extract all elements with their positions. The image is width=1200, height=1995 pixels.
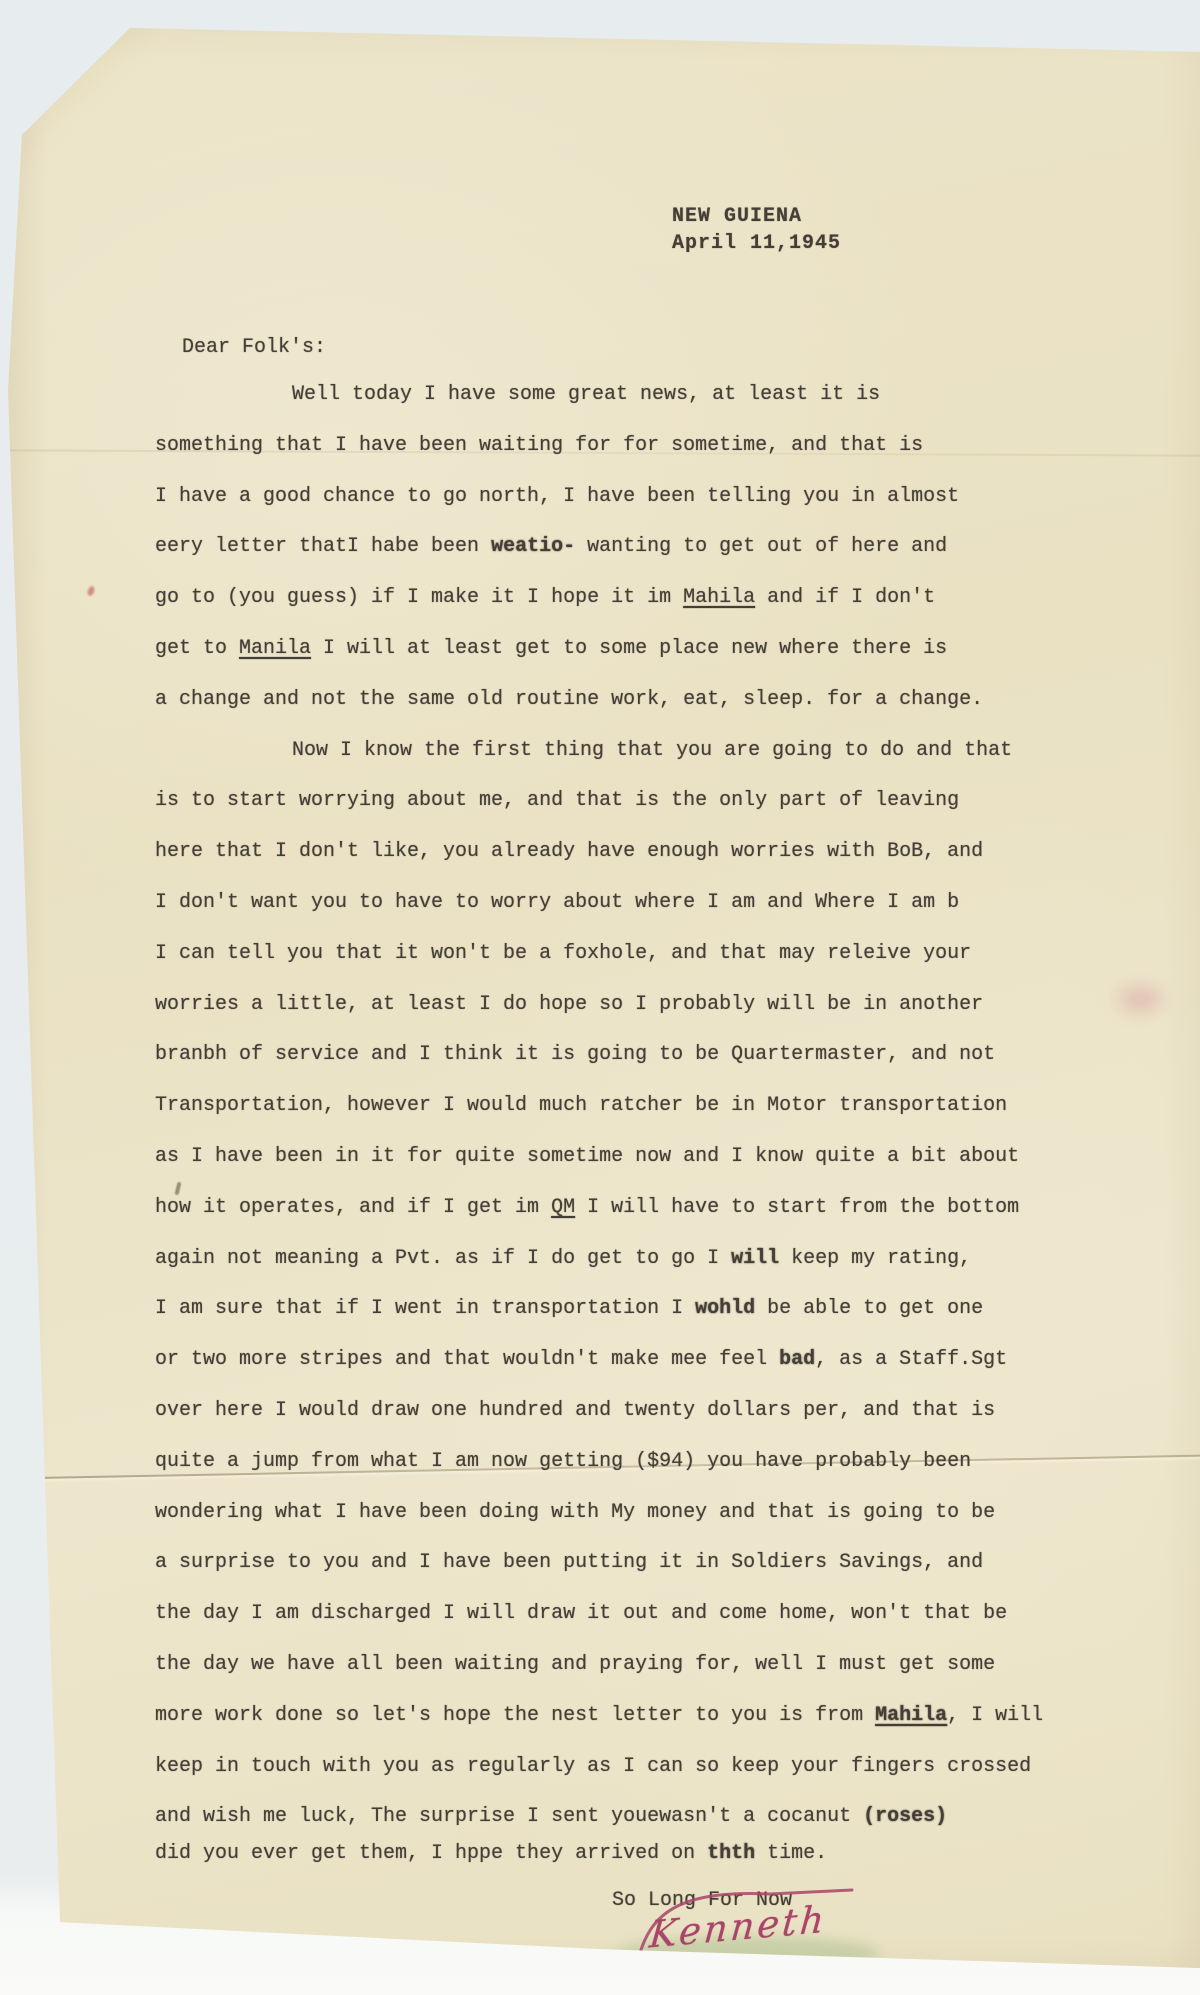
body-line: Transportation, however I would much rat… [155,1081,1095,1132]
letter-body: Well today I have some great news, at le… [155,370,1095,1880]
body-line: more work done so let's hope the nest le… [155,1691,1095,1742]
body-line: branbh of service and I think it is goin… [155,1030,1095,1081]
body-line: again not meaning a Pvt. as if I do get … [155,1234,1095,1285]
body-line: the day I am discharged I will draw it o… [155,1589,1095,1640]
body-line: wondering what I have been doing with My… [155,1488,1095,1539]
heading-date: April 11,1945 [672,230,841,257]
ink-smudge [1118,986,1162,1012]
body-line: I am sure that if I went in transportati… [155,1284,1095,1335]
letter-heading: NEW GUIENA April 11,1945 [672,203,841,257]
body-line: get to Manila I will at least get to som… [155,624,1095,675]
scanned-letter-page: { "page": { "background_color": "#e8edef… [0,0,1200,1995]
heading-location: NEW GUIENA [672,203,841,230]
body-line: I have a good chance to go north, I have… [155,472,1095,523]
body-line: a surprise to you and I have been puttin… [155,1538,1095,1589]
body-line: is to start worrying about me, and that … [155,776,1095,827]
body-line: over here I would draw one hundred and t… [155,1386,1095,1437]
body-line: a change and not the same old routine wo… [155,675,1095,726]
body-line: the day we have all been waiting and pra… [155,1640,1095,1691]
body-line: something that I have been waiting for f… [155,421,1095,472]
body-line: quite a jump from what I am now getting … [155,1437,1095,1488]
folded-corner [0,14,170,184]
salutation: Dear Folk's: [182,336,326,359]
body-line: as I have been in it for quite sometime … [155,1132,1095,1183]
body-line: worries a little, at least I do hope so … [155,980,1095,1031]
body-line: eery letter thatI habe been weatio- want… [155,522,1095,573]
body-line: keep in touch with you as regularly as I… [155,1742,1095,1793]
body-line: how it operates, and if I get im QM I wi… [155,1183,1095,1234]
letter-paper: NEW GUIENA April 11,1945 Dear Folk's: We… [0,0,1200,1995]
body-line: Now I know the first thing that you are … [155,726,1095,777]
body-line: go to (you guess) if I make it I hope it… [155,573,1095,624]
body-line: here that I don't like, you already have… [155,827,1095,878]
body-line: or two more stripes and that wouldn't ma… [155,1335,1095,1386]
body-line: Well today I have some great news, at le… [155,370,1095,421]
body-line: I can tell you that it won't be a foxhol… [155,929,1095,980]
body-line: I don't want you to have to worry about … [155,878,1095,929]
